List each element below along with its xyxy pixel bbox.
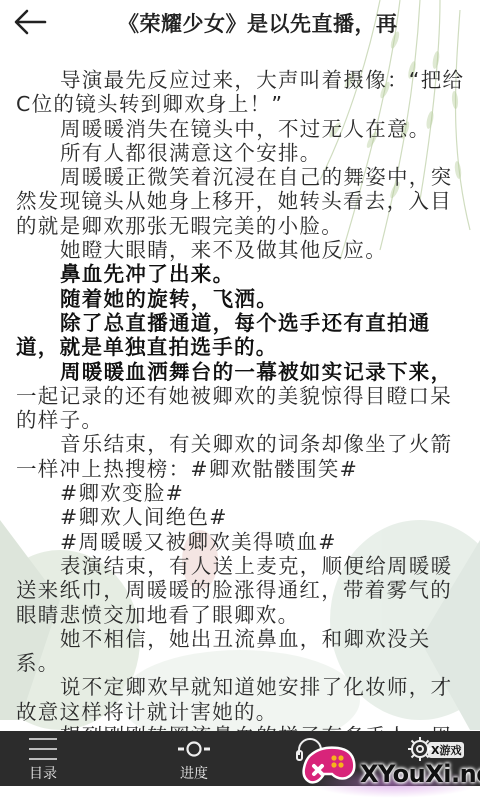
paragraph-bold: 周暖暖血洒舞台的一幕被如实记录下来， [16, 360, 468, 384]
bottom-strip [0, 786, 480, 800]
hashtag-line: #周暖暖又被卿欢美得喷血# [16, 530, 468, 554]
paragraph: 她不相信，她出丑流鼻血，和卿欢没关系。 [16, 627, 468, 676]
paragraph: 导演最先反应过来，大声叫着摄像：“把给C位的镜头转到卿欢身上！” [16, 68, 468, 117]
reader-content[interactable]: 导演最先反应过来，大声叫着摄像：“把给C位的镜头转到卿欢身上！” 周暖暖消失在镜… [16, 68, 468, 731]
paragraph: 音乐结束，有关卿欢的词条却像坐了火箭一样冲上热搜榜：#卿欢骷髅围笑# [16, 432, 468, 481]
paragraph-bold: 随着她的旋转，飞洒。 [16, 287, 468, 311]
settings-button[interactable] [360, 731, 480, 786]
chapter-title: 《荣耀少女》是以先直播，再 [118, 8, 398, 38]
paragraph: 她瞪大眼睛，来不及做其他反应。 [16, 238, 468, 262]
hashtag-line: #卿欢人间绝色# [16, 505, 468, 529]
gear-icon [402, 737, 438, 761]
paragraph: 周暖暖正微笑着沉浸在自己的舞姿中，突然发现镜头从她身上移开，她转头看去，入目的就… [16, 165, 468, 238]
paragraph: 周暖暖消失在镜头中，不过无人在意。 [16, 117, 468, 141]
headphones-icon [292, 737, 328, 761]
hashtag-line: #卿欢变脸# [16, 481, 468, 505]
progress-slider-icon [176, 737, 212, 761]
listen-button[interactable]: 听 [250, 731, 370, 786]
paragraph: 想到刚刚转圈流鼻血的样子有多丢人，周 [16, 724, 468, 731]
toc-label: 目录 [23, 763, 63, 783]
paragraph: 一起记录的还有她被卿欢的美貌惊得目瞪口呆的样子。 [16, 384, 468, 433]
arrow-left-icon [13, 9, 47, 35]
listen-label: 听 [250, 763, 370, 783]
paragraph-bold: 鼻血先冲了出来。 [16, 262, 468, 286]
paragraph: 说不定卿欢早就知道她安排了化妆师，才故意这样将计就计害她的。 [16, 675, 468, 724]
paragraph: 所有人都很满意这个安排。 [16, 141, 468, 165]
reader-toolbar: 目录 进度 听 [0, 731, 480, 786]
paragraph-bold: 除了总直播通道，每个选手还有直拍通道，就是单独直拍选手的。 [16, 311, 468, 360]
progress-button[interactable]: 进度 [134, 731, 254, 786]
paragraph: 表演结束，有人送上麦克，顺便给周暖暖送来纸巾，周暖暖的脸涨得通红，带着雾气的眼睛… [16, 554, 468, 627]
progress-label: 进度 [134, 763, 254, 783]
back-button[interactable] [10, 4, 50, 40]
reader-header: 《荣耀少女》是以先直播，再 [0, 0, 480, 50]
menu-lines-icon [25, 737, 61, 761]
toc-button[interactable]: 目录 [0, 731, 120, 786]
